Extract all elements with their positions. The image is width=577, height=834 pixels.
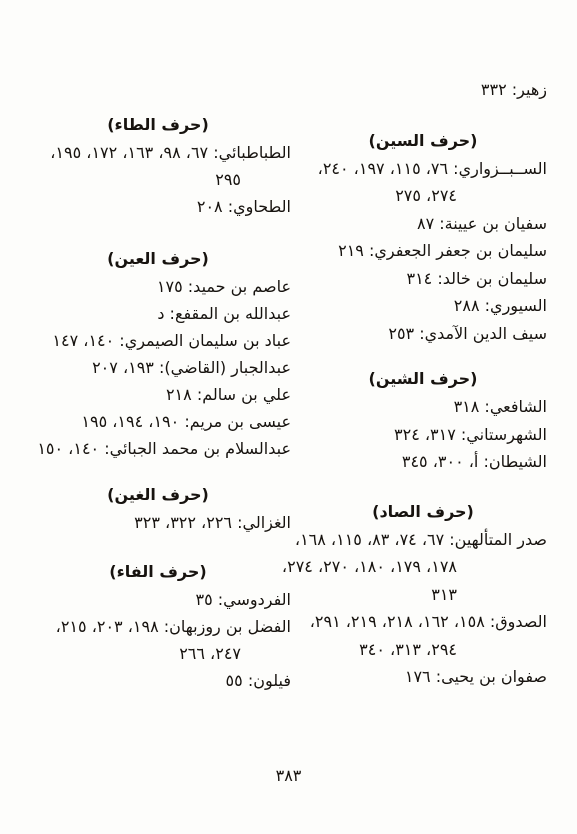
index-entry: عبدالسلام بن محمد الجبائي: ١٤٠، ١٥٠: [25, 435, 291, 462]
section-ain: (حرف العين) عاصم بن حميد: ١٧٥ عبدالله بن…: [25, 245, 291, 462]
index-entry: الصدوق: ١٥٨، ١٦٢، ٢١٨، ٢١٩، ٢٩١،: [299, 608, 547, 636]
index-entry: الشافعي: ٣١٨: [299, 393, 547, 421]
index-entry: الفضل بن روزبهان: ١٩٨، ٢٠٣، ٢١٥،: [25, 613, 291, 640]
index-entry: الســبــزواري: ٧٦، ١١٥، ١٩٧، ٢٤٠،: [299, 155, 547, 183]
index-entry-continuation: ٣١٣: [299, 581, 547, 609]
index-entry-continuation: ٢٩٥: [25, 166, 291, 193]
index-column-left: (حرف الطاء) الطباطبائي: ٦٧، ٩٨، ١٦٣، ١٧٢…: [25, 111, 291, 694]
section-heading-ain: (حرف العين): [25, 245, 291, 273]
index-entry: عباد بن سليمان الصيمري: ١٤٠، ١٤٧: [25, 327, 291, 354]
page-number: ٣٨٣: [0, 762, 577, 789]
index-entry: الفردوسي: ٣٥: [25, 586, 291, 613]
index-entry: سليمان بن جعفر الجعفري: ٢١٩: [299, 237, 547, 265]
section-taa: (حرف الطاء) الطباطبائي: ٦٧، ٩٨، ١٦٣، ١٧٢…: [25, 111, 291, 220]
index-entry: سليمان بن خالد: ٣١٤: [299, 265, 547, 293]
section-heading-taa: (حرف الطاء): [25, 111, 291, 139]
section-heading-sheen: (حرف الشين): [299, 365, 547, 393]
section-faa: (حرف الفاء) الفردوسي: ٣٥ الفضل بن روزبها…: [25, 558, 291, 694]
index-entry: الشيطان: أ، ٣٠٠، ٣٤٥: [299, 448, 547, 476]
index-entry-continuation: ٢٧٤، ٢٧٥: [299, 182, 547, 210]
index-entry: فيلون: ٥٥: [25, 667, 291, 694]
book-page: زهير: ٣٣٢ (حرف السين) الســبــزواري: ٧٦،…: [0, 0, 577, 834]
index-entry: عاصم بن حميد: ١٧٥: [25, 273, 291, 300]
index-entry: سفيان بن عيينة: ٨٧: [299, 210, 547, 238]
section-heading-faa: (حرف الفاء): [25, 558, 291, 586]
index-entry: الغزالي: ٢٢٦، ٣٢٢، ٣٢٣: [25, 509, 291, 536]
index-entry: صدر المتألهين: ٦٧، ٧٤، ٨٣، ١١٥، ١٦٨،: [299, 526, 547, 554]
section-saad: (حرف الصاد) صدر المتألهين: ٦٧، ٧٤، ٨٣، ١…: [299, 498, 547, 691]
index-entry: الطباطبائي: ٦٧، ٩٨، ١٦٣، ١٧٢، ١٩٥،: [25, 139, 291, 166]
index-entry: صفوان بن يحيى: ١٧٦: [299, 663, 547, 691]
index-entry: الطحاوي: ٢٠٨: [25, 193, 291, 220]
index-entry-continuation: ٢٩٤، ٣١٣، ٣٤٠: [299, 636, 547, 664]
section-heading-saad: (حرف الصاد): [299, 498, 547, 526]
index-entry: عبدالله بن المقفع: د: [25, 300, 291, 327]
index-entry-continuation: ٢٤٧، ٢٦٦: [25, 640, 291, 667]
section-ghain: (حرف الغين) الغزالي: ٢٢٦، ٣٢٢، ٣٢٣: [25, 481, 291, 536]
index-entry: سيف الدين الآمدي: ٢٥٣: [299, 320, 547, 348]
index-entry: السيوري: ٢٨٨: [299, 292, 547, 320]
section-heading-ghain: (حرف الغين): [25, 481, 291, 509]
section-seen: (حرف السين) الســبــزواري: ٧٦، ١١٥، ١٩٧،…: [299, 127, 547, 348]
index-entry: الشهرستاني: ٣١٧، ٣٢٤: [299, 421, 547, 449]
index-entry-continuation: ١٧٨، ١٧٩، ١٨٠، ٢٧٠، ٢٧٤،: [299, 553, 547, 581]
index-entry: عبدالجبار (القاضي): ١٩٣، ٢٠٧: [25, 354, 291, 381]
section-heading-seen: (حرف السين): [299, 127, 547, 155]
index-entry: علي بن سالم: ٢١٨: [25, 381, 291, 408]
index-column-right: زهير: ٣٣٢ (حرف السين) الســبــزواري: ٧٦،…: [299, 76, 547, 691]
section-sheen: (حرف الشين) الشافعي: ٣١٨ الشهرستاني: ٣١٧…: [299, 365, 547, 476]
index-entry: عيسى بن مريم: ١٩٠، ١٩٤، ١٩٥: [25, 408, 291, 435]
running-index-entry: زهير: ٣٣٢: [299, 76, 547, 104]
